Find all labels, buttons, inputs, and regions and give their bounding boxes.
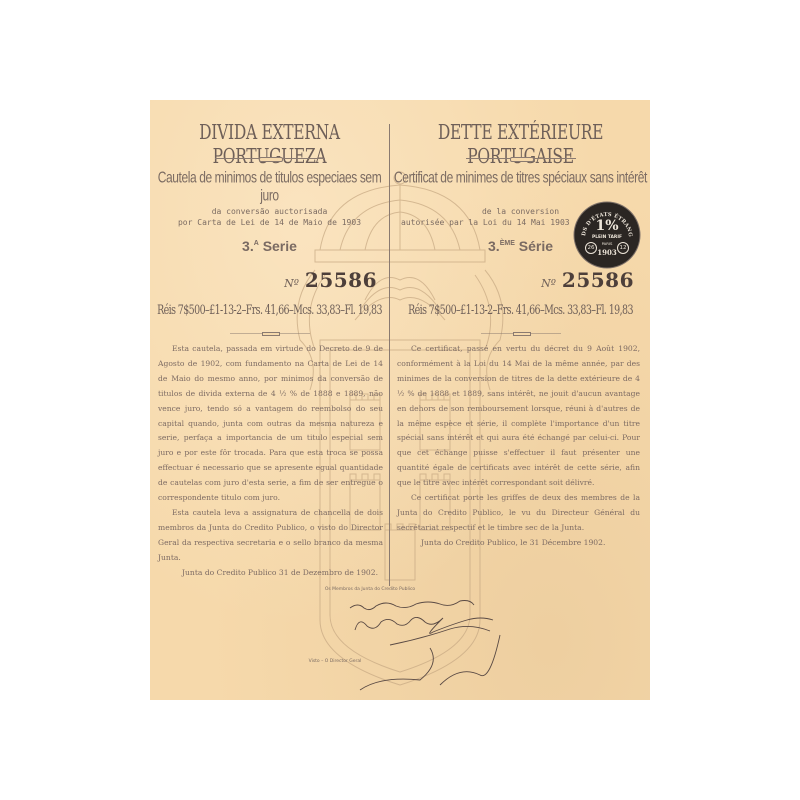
- bond-certificate: DIVIDA EXTERNA PORTUGUEZA Cautela de min…: [150, 100, 650, 700]
- members-caption: Os Membros da Junta do Credito Publico: [270, 587, 470, 592]
- serie-label: 3.A Serie: [150, 238, 389, 254]
- subtitle-french: Certificat de minimes de titres spéciaux…: [391, 168, 650, 186]
- stamp-year: 1903: [576, 248, 638, 257]
- serie-number: 3.: [488, 238, 500, 254]
- paragraph: Esta cautela, passada em virtude do Decr…: [158, 342, 383, 506]
- director-caption: Visto – O Director Geral: [235, 659, 435, 664]
- issue-date: Junta do Credito Publico 31 de Dezembro …: [158, 566, 383, 581]
- number-label: Nº: [541, 277, 556, 290]
- column-divider: [389, 124, 390, 586]
- paragraph: Ce certificat porte les griffes de deux …: [397, 491, 640, 536]
- body-text-french: Ce certificat, passé en vertu du décret …: [397, 342, 640, 551]
- law-line: por Carta de Lei de 14 de Maio de 1903: [150, 218, 389, 227]
- serie-number: 3.: [242, 238, 254, 254]
- ornamental-rule: [466, 157, 576, 161]
- certificate-number: 25586: [305, 268, 377, 292]
- mini-ornament: [230, 332, 310, 335]
- serie-superscript: A: [254, 240, 259, 247]
- serie-word: Serie: [263, 238, 297, 254]
- issue-date: Junta do Credito Publico, le 31 Décembre…: [397, 536, 640, 551]
- subtitle-portuguese: Cautela de minimos de titulos especiaes …: [150, 168, 389, 204]
- serie-superscript: ÈME: [500, 240, 515, 247]
- serie-word: Série: [519, 238, 553, 254]
- certificate-number-row: Nº 25586: [284, 268, 377, 292]
- ornamental-rule: [215, 157, 325, 161]
- number-label: Nº: [284, 277, 299, 290]
- stamp-tariff: PLEIN TARIF: [576, 235, 638, 240]
- body-text-portuguese: Esta cautela, passada em virtude do Decr…: [158, 342, 383, 581]
- paragraph: Ce certificat, passé en vertu du décret …: [397, 342, 640, 491]
- conversion-line: da conversão auctorisada: [150, 207, 389, 216]
- certificate-number: 25586: [562, 268, 634, 292]
- certificate-number-row: Nº 25586: [541, 268, 634, 292]
- currency-values: Réis 7$500–£1-13-2–Frs. 41,66–Mcs. 33,83…: [154, 303, 385, 318]
- paragraph: Esta cautela leva a assignatura de chanc…: [158, 506, 383, 566]
- currency-values: Réis 7$500–£1-13-2–Frs. 41,66–Mcs. 33,83…: [395, 303, 646, 318]
- mini-ornament: [481, 332, 561, 335]
- stamp-rate: 1%: [576, 218, 638, 234]
- tax-stamp: FONDS D'ÉTATS ÉTRANGERS 1% PLEIN TARIF P…: [576, 204, 638, 266]
